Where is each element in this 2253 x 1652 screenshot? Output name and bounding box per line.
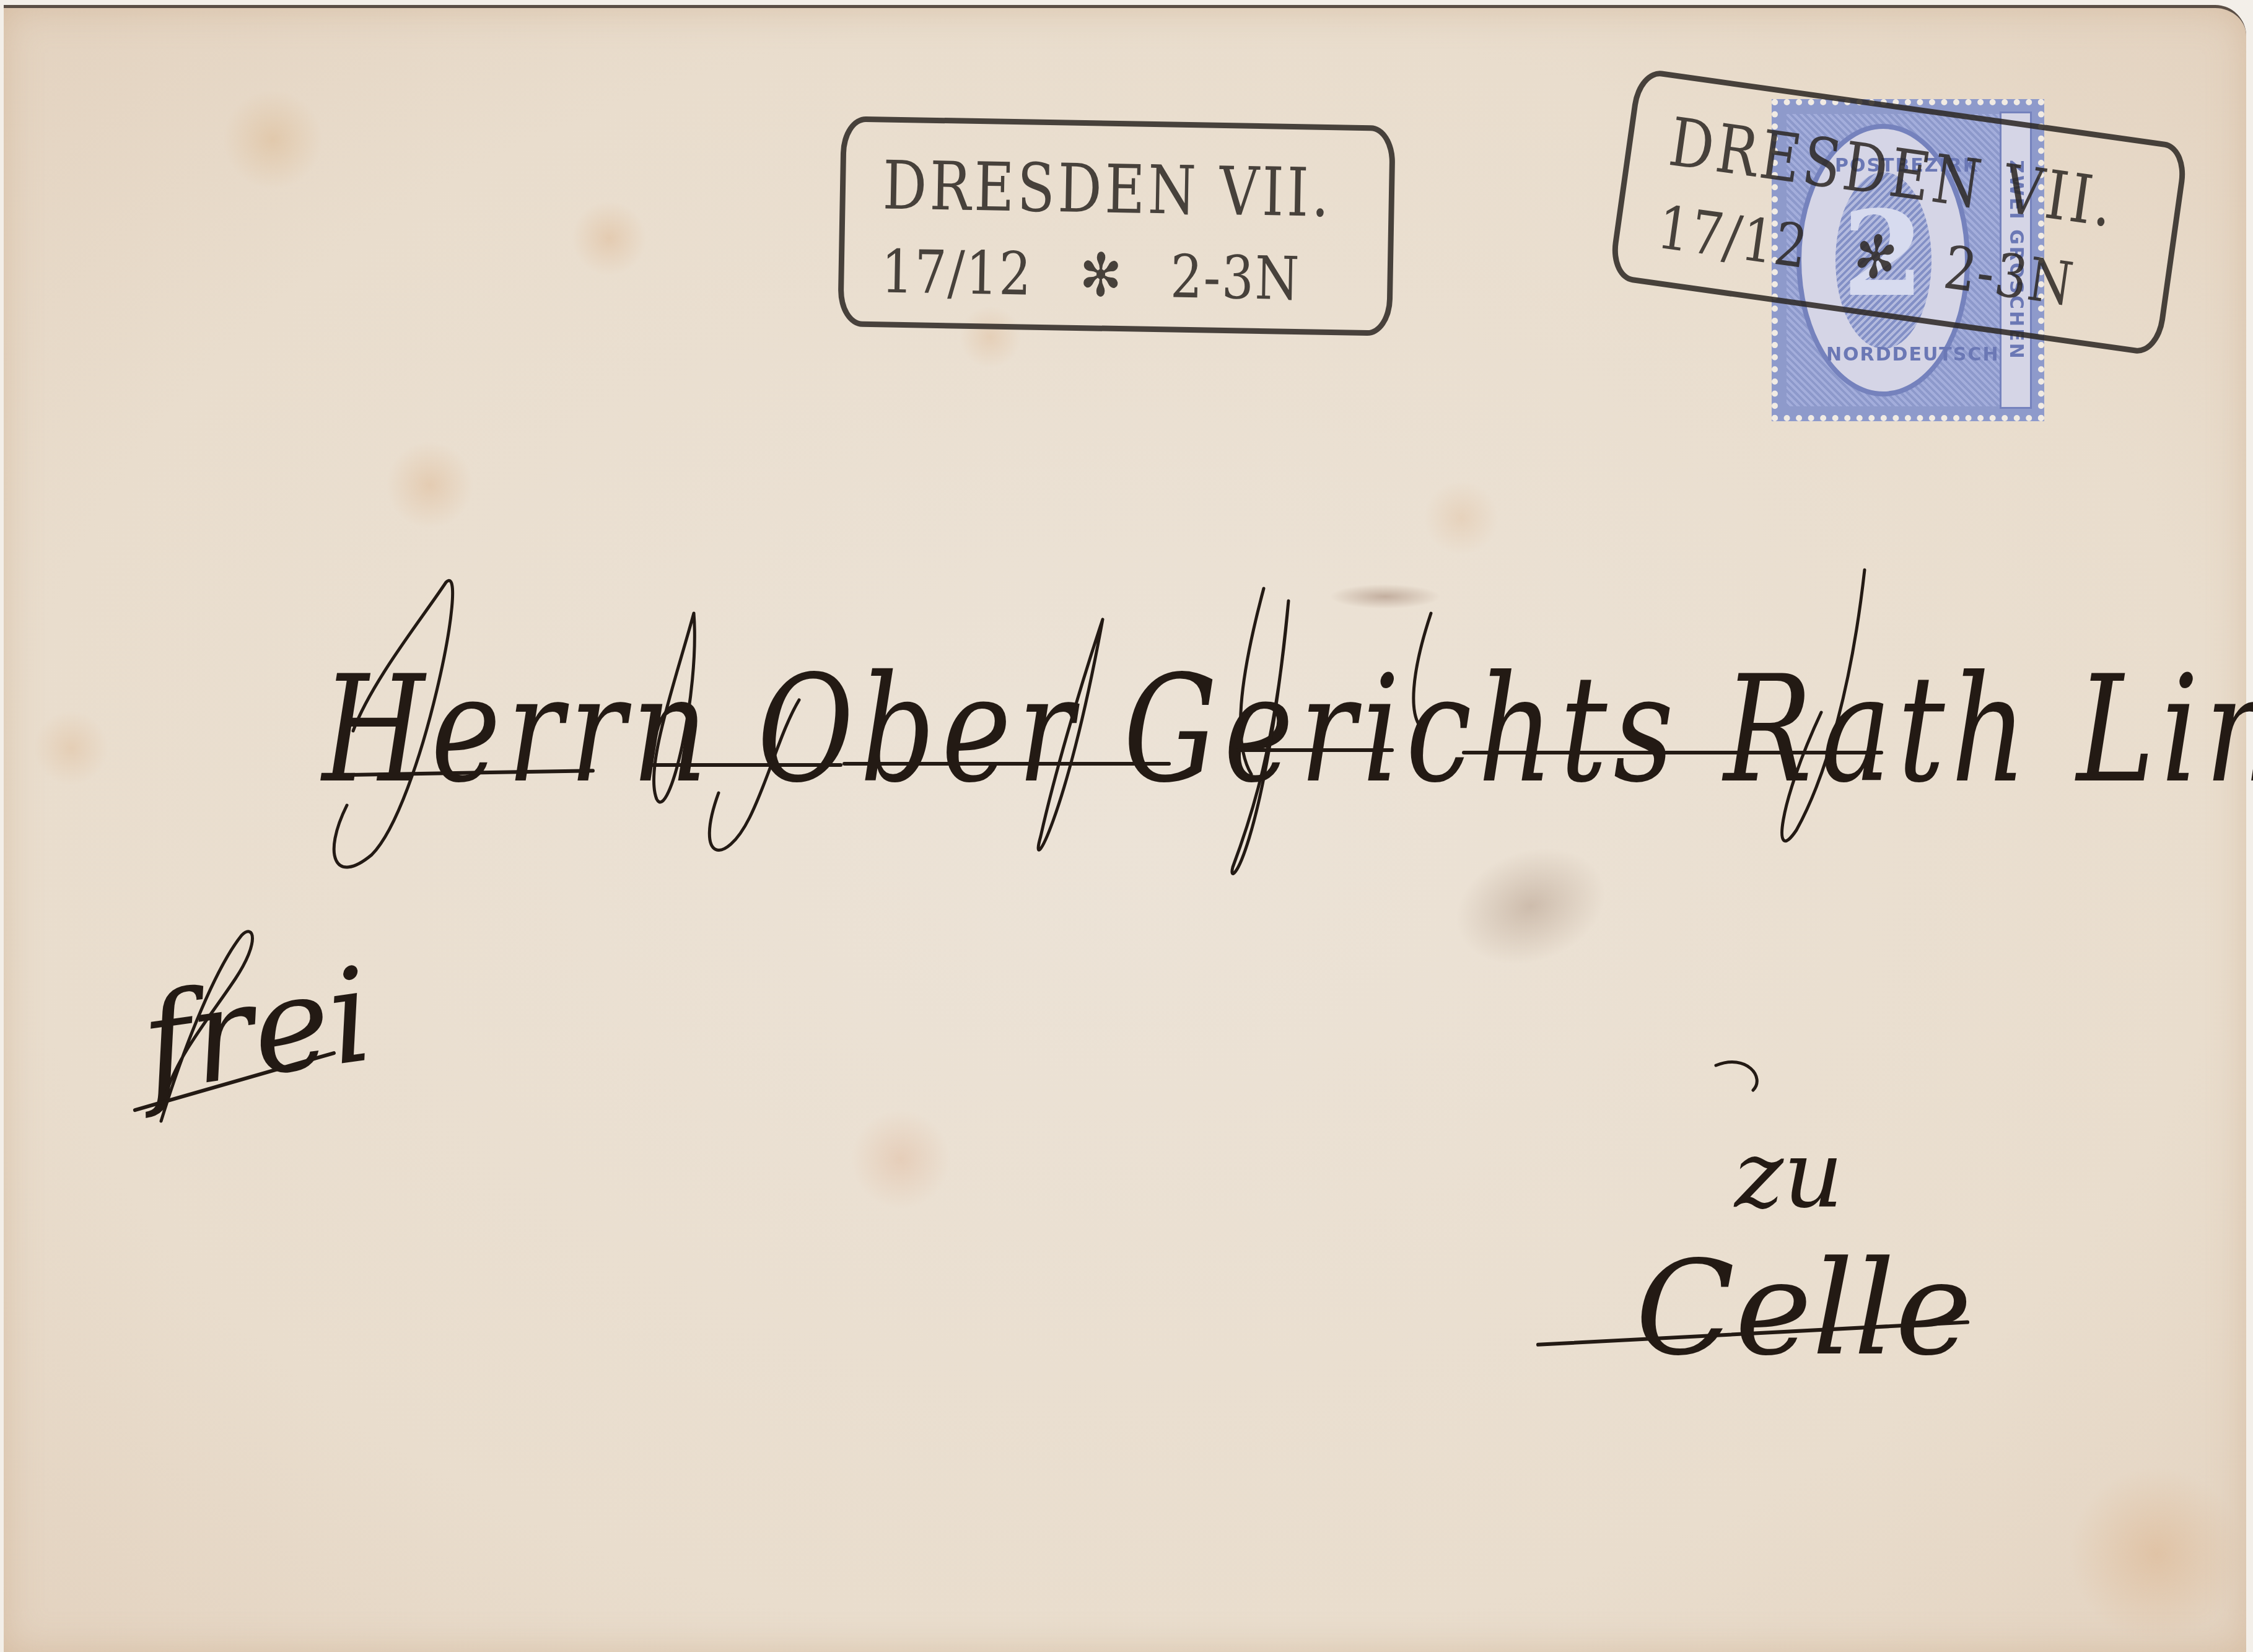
stamp-ring-text-bottom: NORDDEUTSCHER [1826,344,1987,365]
franking-note: frei [133,938,381,1121]
postmark-time: 2-3N [1170,242,1301,314]
recipient-address: Herrn Ober Gerichts Rath Linnzirch [322,644,2253,815]
ink-stain [1329,584,1441,609]
address-underline [644,763,842,767]
thumbprint-smudge [1439,828,1622,986]
postmark-left: DRESDEN VII. 17/12 ✻ 2-3N [838,116,1396,336]
postmark-time: 2-3N [1940,233,2078,320]
postmark-date-line: 17/12 ✻ 2-3N [881,237,1301,313]
star-icon: ✻ [1079,240,1124,310]
postmark-date: 17/12 [1653,193,1813,282]
destination-prefix: zu [1735,1121,1844,1229]
destination-city: Celle [1635,1233,1972,1384]
address-underline [1462,751,1883,754]
postmark-date: 17/12 [881,237,1033,308]
address-underline [842,762,1171,766]
postmark-city: DRESDEN VII. [882,147,1332,232]
star-icon: ✻ [1850,220,1902,295]
address-underline [1236,748,1394,752]
